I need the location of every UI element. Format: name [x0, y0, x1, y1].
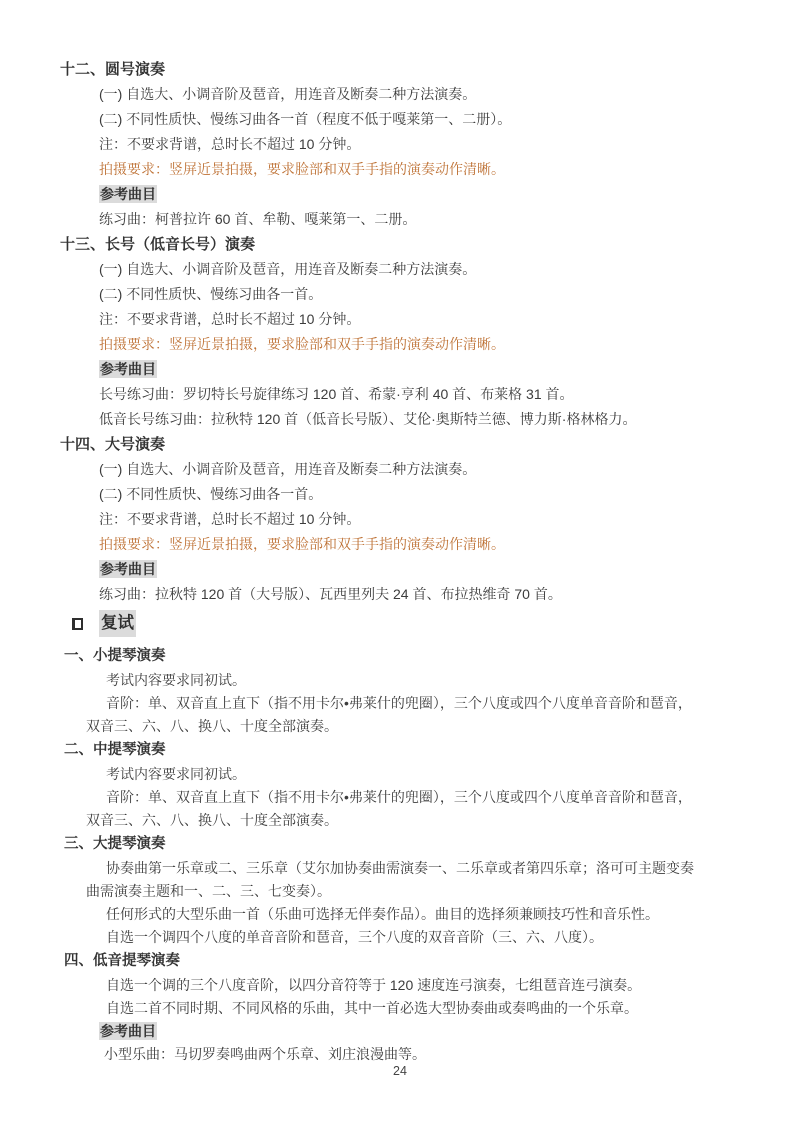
subsection-heading: 三、大提琴演奏 [60, 832, 746, 857]
section-number: 十四、 [60, 432, 105, 457]
section-body: (一) 自选大、小调音阶及琶音，用连音及断奏二种方法演奏。 (二) 不同性质快、… [60, 82, 746, 232]
requirement-item: (二) 不同性质快、慢练习曲各一首（程度不低于嘎莱第一、二册）。 [99, 107, 746, 132]
subsection-cello: 三、大提琴演奏 协奏曲第一乐章或二、三乐章（艾尔加协奏曲需演奏一、二乐章或者第四… [60, 832, 746, 949]
section-body: (一) 自选大、小调音阶及琶音，用连音及断奏二种方法演奏。 (二) 不同性质快、… [60, 457, 746, 607]
paragraph: 考试内容要求同初试。 [60, 763, 746, 786]
shooting-requirement-line: 拍摄要求：竖屏近景拍摄，要求脸部和双手手指的演奏动作清晰。 [99, 332, 746, 357]
retest-heading: 复试 [60, 610, 746, 637]
requirement-item: (二) 不同性质快、慢练习曲各一首。 [99, 482, 746, 507]
requirement-item: (二) 不同性质快、慢练习曲各一首。 [99, 282, 746, 307]
subsection-violin: 一、小提琴演奏 考试内容要求同初试。 音阶：单、双音直上直下（指不用卡尔•弗莱什… [60, 644, 746, 738]
page-number: 24 [0, 1064, 800, 1078]
reference-repertoire-heading: 参考曲目 [99, 182, 746, 207]
section-trombone: 十三、长号（低音长号）演奏 (一) 自选大、小调音阶及琶音，用连音及断奏二种方法… [60, 232, 746, 432]
paragraph: 考试内容要求同初试。 [60, 669, 746, 692]
section-title: 长号（低音长号）演奏 [105, 236, 255, 253]
requirement-item: (一) 自选大、小调音阶及琶音，用连音及断奏二种方法演奏。 [99, 457, 746, 482]
paragraph: 音阶：单、双音直上直下（指不用卡尔•弗莱什的兜圈），三个八度或四个八度单音音阶和… [60, 692, 746, 738]
reference-repertoire-heading: 参考曲目 [99, 557, 746, 582]
reference-line: 小型乐曲：马切罗奏鸣曲两个乐章、刘庄浪漫曲等。 [60, 1043, 746, 1066]
requirement-item: (一) 自选大、小调音阶及琶音，用连音及断奏二种方法演奏。 [99, 82, 746, 107]
retest-heading-label: 复试 [99, 610, 136, 637]
section-tuba: 十四、大号演奏 (一) 自选大、小调音阶及琶音，用连音及断奏二种方法演奏。 (二… [60, 432, 746, 607]
paragraph: 自选一个调的三个八度音阶，以四分音符等于 120 速度连弓演奏，七组琶音连弓演奏… [60, 974, 746, 997]
reference-line: 练习曲：拉秋特 120 首（大号版）、瓦西里列夫 24 首、布拉热维奇 70 首… [99, 582, 746, 607]
section-french-horn: 十二、圆号演奏 (一) 自选大、小调音阶及琶音，用连音及断奏二种方法演奏。 (二… [60, 57, 746, 232]
square-bullet-icon [72, 618, 83, 630]
reference-repertoire-heading: 参考曲目 [60, 1020, 746, 1043]
reference-line: 低音长号练习曲：拉秋特 120 首（低音长号版）、艾伦·奥斯特兰德、博力斯·格林… [99, 407, 746, 432]
section-heading: 十二、圆号演奏 [60, 57, 746, 82]
section-title: 圆号演奏 [105, 61, 165, 78]
reference-repertoire-heading: 参考曲目 [99, 357, 746, 382]
requirement-item: (一) 自选大、小调音阶及琶音，用连音及断奏二种方法演奏。 [99, 257, 746, 282]
section-number: 十三、 [60, 232, 105, 257]
reference-line: 练习曲：柯普拉许 60 首、牟勒、嘎莱第一、二册。 [99, 207, 746, 232]
shooting-requirement-line: 拍摄要求：竖屏近景拍摄，要求脸部和双手手指的演奏动作清晰。 [99, 532, 746, 557]
reference-line: 长号练习曲：罗切特长号旋律练习 120 首、希蒙·亨利 40 首、布莱格 31 … [99, 382, 746, 407]
note-line: 注：不要求背谱，总时长不超过 10 分钟。 [99, 507, 746, 532]
subsection-viola: 二、中提琴演奏 考试内容要求同初试。 音阶：单、双音直上直下（指不用卡尔•弗莱什… [60, 738, 746, 832]
paragraph: 自选一个调四个八度的单音音阶和琶音，三个八度的双音音阶（三、六、八度）。 [60, 926, 746, 949]
note-line: 注：不要求背谱，总时长不超过 10 分钟。 [99, 307, 746, 332]
section-body: (一) 自选大、小调音阶及琶音，用连音及断奏二种方法演奏。 (二) 不同性质快、… [60, 257, 746, 432]
paragraph: 自选二首不同时期、不同风格的乐曲，其中一首必选大型协奏曲或奏鸣曲的一个乐章。 [60, 997, 746, 1020]
section-title: 大号演奏 [105, 436, 165, 453]
subsection-double-bass: 四、低音提琴演奏 自选一个调的三个八度音阶，以四分音符等于 120 速度连弓演奏… [60, 949, 746, 1066]
section-number: 十二、 [60, 57, 105, 82]
document-page: 十二、圆号演奏 (一) 自选大、小调音阶及琶音，用连音及断奏二种方法演奏。 (二… [0, 0, 800, 1066]
shooting-requirement-line: 拍摄要求：竖屏近景拍摄，要求脸部和双手手指的演奏动作清晰。 [99, 157, 746, 182]
subsection-heading: 一、小提琴演奏 [60, 644, 746, 669]
paragraph: 协奏曲第一乐章或二、三乐章（艾尔加协奏曲需演奏一、二乐章或者第四乐章；洛可可主题… [60, 857, 746, 903]
paragraph: 任何形式的大型乐曲一首（乐曲可选择无伴奏作品）。曲目的选择须兼顾技巧性和音乐性。 [60, 903, 746, 926]
subsection-heading: 二、中提琴演奏 [60, 738, 746, 763]
subsection-heading: 四、低音提琴演奏 [60, 949, 746, 974]
section-heading: 十四、大号演奏 [60, 432, 746, 457]
paragraph: 音阶：单、双音直上直下（指不用卡尔•弗莱什的兜圈），三个八度或四个八度单音音阶和… [60, 786, 746, 832]
note-line: 注：不要求背谱，总时长不超过 10 分钟。 [99, 132, 746, 157]
section-heading: 十三、长号（低音长号）演奏 [60, 232, 746, 257]
